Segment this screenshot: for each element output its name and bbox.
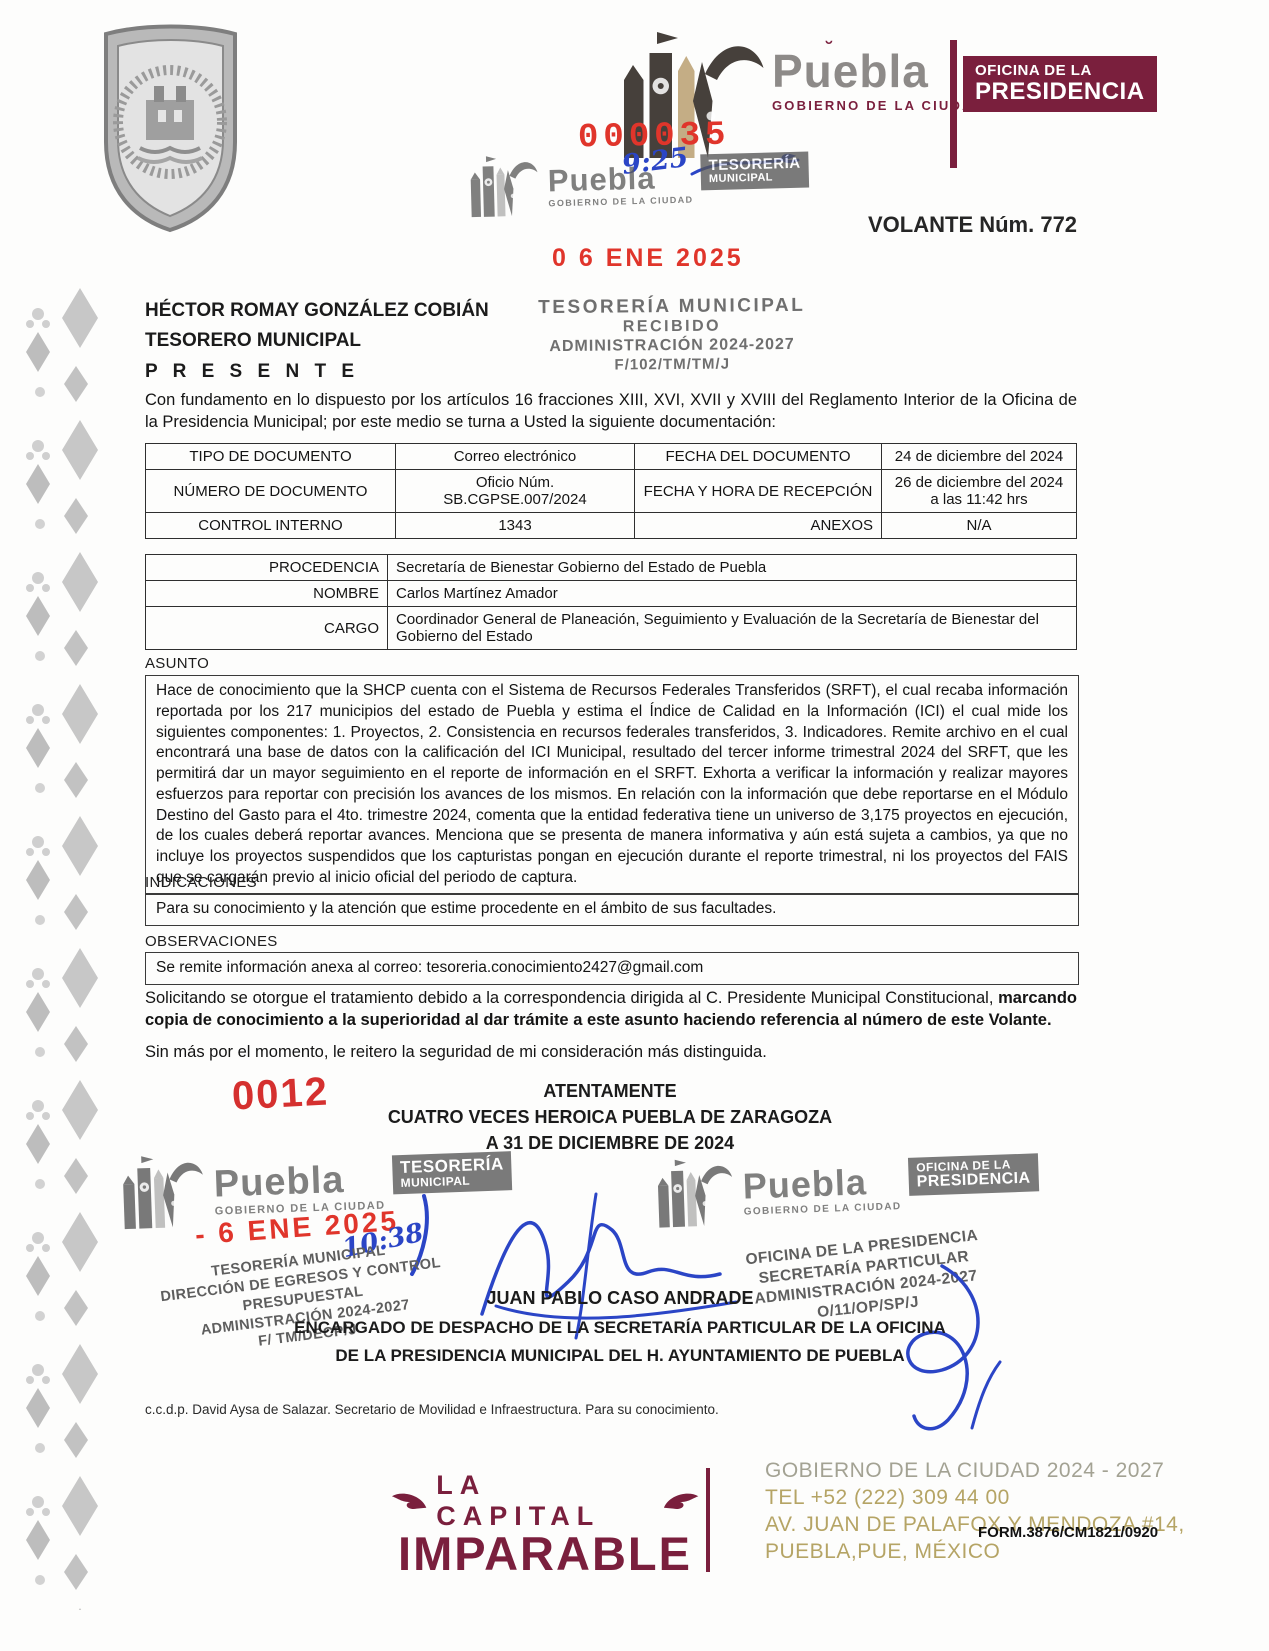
closing-normal: Solicitando se otorgue el tratamiento de… <box>145 989 998 1007</box>
cell-recepcion-label: FECHA Y HORA DE RECEPCIÓN <box>635 470 882 513</box>
signer-title-line2: DE LA PRESIDENCIA MUNICIPAL DEL H. AYUNT… <box>230 1346 1010 1366</box>
cell-procedencia-label: PROCEDENCIA <box>146 555 388 581</box>
intro-paragraph: Con fundamento en lo dispuesto por los a… <box>145 390 1077 434</box>
document-table: TIPO DE DOCUMENTO Correo electrónico FEC… <box>145 443 1077 539</box>
cell-cargo-value: Coordinador General de Planeación, Segui… <box>388 607 1077 650</box>
addressee-name: HÉCTOR ROMAY GONZÁLEZ COBIÁN <box>145 296 489 326</box>
cell-numero-value: Oficio Núm. SB.CGPSE.007/2024 <box>396 470 635 513</box>
tesoreria-top-stamp: Puebla GOBIERNO DE LA CIUDAD TESORERÍA M… <box>467 146 810 223</box>
city-crest-emblem <box>88 22 253 242</box>
footer-gov-line: GOBIERNO DE LA CIUDAD 2024 - 2027 <box>765 1458 1185 1485</box>
cell-anexos-label: ANEXOS <box>635 513 882 539</box>
form-number: FORM.3876/CM1821/0920 <box>978 1524 1158 1541</box>
origin-table: PROCEDENCIA Secretaría de Bienestar Gobi… <box>145 554 1077 650</box>
asunto-box: Hace de conocimiento que la SHCP cuenta … <box>145 675 1079 895</box>
brand-name: Puebla <box>772 45 929 97</box>
office-badge: OFICINA DE LA PRESIDENCIA <box>963 56 1157 112</box>
document-page: Puebla˘ GOBIERNO DE LA CIUDAD OFICINA DE… <box>0 0 1269 1651</box>
cell-fecha-value: 24 de diciembre del 2024 <box>882 444 1077 470</box>
received-stamp-line1: TESORERÍA MUNICIPAL <box>512 295 832 320</box>
table-row: CARGO Coordinador General de Planeación,… <box>146 607 1077 650</box>
cell-control-label: CONTROL INTERNO <box>146 513 396 539</box>
top-date-stamp: 0 6 ENE 2025 <box>552 244 744 273</box>
stamp-brand-name: Puebla <box>547 161 693 196</box>
brand-accent: ˘ <box>826 40 834 60</box>
cell-anexos-value: N/A <box>882 513 1077 539</box>
observaciones-box: Se remite información anexa al correo: t… <box>145 952 1079 985</box>
closing-paragraph: Solicitando se otorgue el tratamiento de… <box>145 988 1077 1032</box>
cell-control-value: 1343 <box>396 513 635 539</box>
city-line: CUATRO VECES HEROICA PUEBLA DE ZARAGOZA <box>300 1104 920 1130</box>
office-badge-line1: OFICINA DE LA <box>975 63 1145 79</box>
capital-text: LA CAPITAL <box>436 1470 654 1532</box>
farewell-line: Sin más por el momento, le reitero la se… <box>145 1042 1077 1064</box>
volante-number: VOLANTE Núm. 772 <box>868 212 1077 238</box>
stamp-skyline-icon <box>467 153 541 223</box>
stamp-brand-name: Puebla <box>213 1160 385 1204</box>
table-row: NÚMERO DE DOCUMENTO Oficio Núm. SB.CGPSE… <box>146 470 1077 513</box>
cell-procedencia-value: Secretaría de Bienestar Gobierno del Est… <box>388 555 1077 581</box>
asunto-label: ASUNTO <box>145 655 209 672</box>
stamp-badge-line2: PRESIDENCIA <box>916 1170 1030 1191</box>
cell-recepcion-value: 26 de diciembre del 2024 a las 11:42 hrs <box>882 470 1077 513</box>
table-row: TIPO DE DOCUMENTO Correo electrónico FEC… <box>146 444 1077 470</box>
footer-tel-line: TEL +52 (222) 309 44 00 <box>765 1485 1185 1512</box>
received-stamp-line3: ADMINISTRACIÓN 2024-2027 <box>512 336 832 358</box>
addressee-title: TESORERO MUNICIPAL <box>145 326 489 356</box>
closing-tail: . <box>1047 1011 1052 1029</box>
table-row: PROCEDENCIA Secretaría de Bienestar Gobi… <box>146 555 1077 581</box>
imparable-text: IMPARABLE <box>390 1532 700 1577</box>
footer-divider <box>706 1468 710 1572</box>
capital-imparable-logo: LA CAPITAL IMPARABLE <box>390 1470 700 1577</box>
signer-title-line1: ENCARGADO DE DESPACHO DE LA SECRETARÍA P… <box>230 1318 1010 1338</box>
cell-nombre-value: Carlos Martínez Amador <box>388 581 1077 607</box>
cell-numero-label: NÚMERO DE DOCUMENTO <box>146 470 396 513</box>
office-badge-line2: PRESIDENCIA <box>975 79 1145 104</box>
footer-address-line2: PUEBLA,PUE, MÉXICO <box>765 1539 1185 1566</box>
cell-fecha-label: FECHA DEL DOCUMENTO <box>635 444 882 470</box>
addressee-block: HÉCTOR ROMAY GONZÁLEZ COBIÁN TESORERO MU… <box>145 296 489 387</box>
table-row: NOMBRE Carlos Martínez Amador <box>146 581 1077 607</box>
stamp-brand-name: Puebla <box>742 1163 901 1204</box>
cc-footnote: c.c.d.p. David Aysa de Salazar. Secretar… <box>145 1402 719 1417</box>
left-ornament-border <box>18 280 106 1615</box>
indicaciones-label: INDICACIONES <box>145 874 257 891</box>
received-stamp-line4: F/102/TM/TM/J <box>512 355 832 375</box>
addressee-presente: P R E S E N T E <box>145 357 489 387</box>
cell-tipo-value: Correo electrónico <box>396 444 635 470</box>
stamp-badge-line2: MUNICIPAL <box>709 171 801 185</box>
wing-icon <box>390 1488 428 1514</box>
badge-divider <box>950 40 957 168</box>
indicaciones-box: Para su conocimiento y la atención que e… <box>145 893 1079 926</box>
cell-nombre-label: NOMBRE <box>146 581 388 607</box>
signer-name: JUAN PABLO CASO ANDRADE <box>420 1288 820 1309</box>
observaciones-label: OBSERVACIONES <box>145 933 278 950</box>
received-stamp: TESORERÍA MUNICIPAL RECIBIDO ADMINISTRAC… <box>512 295 833 376</box>
wing-icon <box>662 1488 700 1514</box>
table-row: CONTROL INTERNO 1343 ANEXOS N/A <box>146 513 1077 539</box>
cell-tipo-label: TIPO DE DOCUMENTO <box>146 444 396 470</box>
cell-cargo-label: CARGO <box>146 607 388 650</box>
atentamente-line: ATENTAMENTE <box>300 1078 920 1104</box>
footer-contact: GOBIERNO DE LA CIUDAD 2024 - 2027 TEL +5… <box>765 1458 1185 1566</box>
